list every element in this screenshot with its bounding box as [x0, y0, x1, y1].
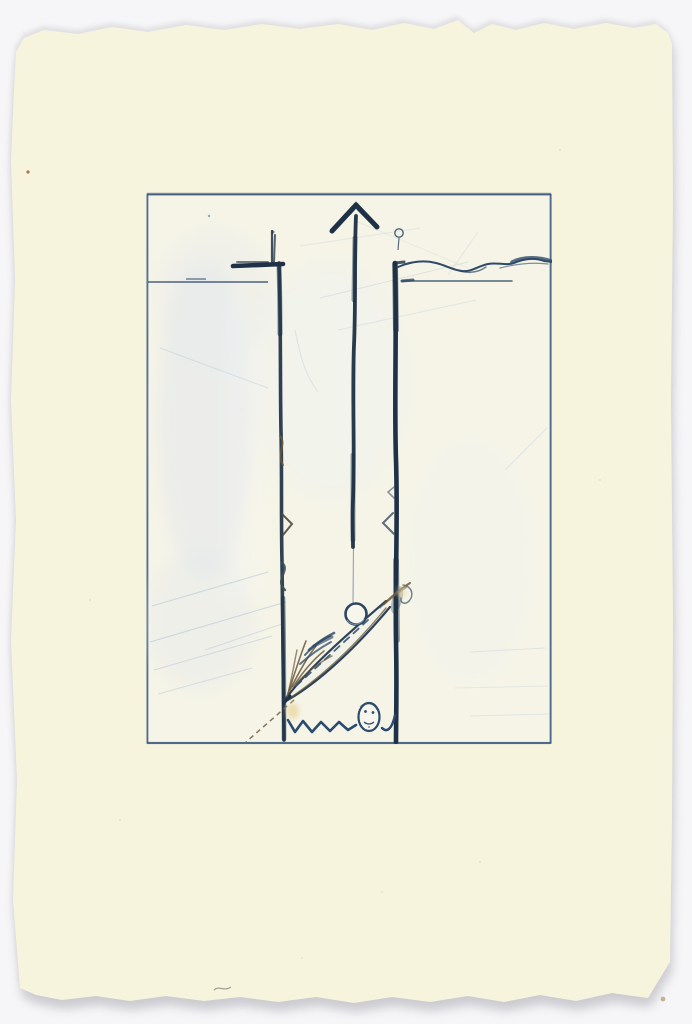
artwork-photo — [0, 0, 692, 1024]
face — [359, 703, 380, 731]
face-eye-right — [372, 711, 375, 714]
face-eye-left — [364, 710, 367, 713]
ball — [346, 603, 367, 624]
brown-fleck — [661, 997, 666, 1002]
ledge-bar — [233, 262, 283, 266]
red-fleck — [26, 170, 29, 173]
etching-svg — [0, 0, 692, 1024]
ink-fleck — [208, 215, 210, 217]
